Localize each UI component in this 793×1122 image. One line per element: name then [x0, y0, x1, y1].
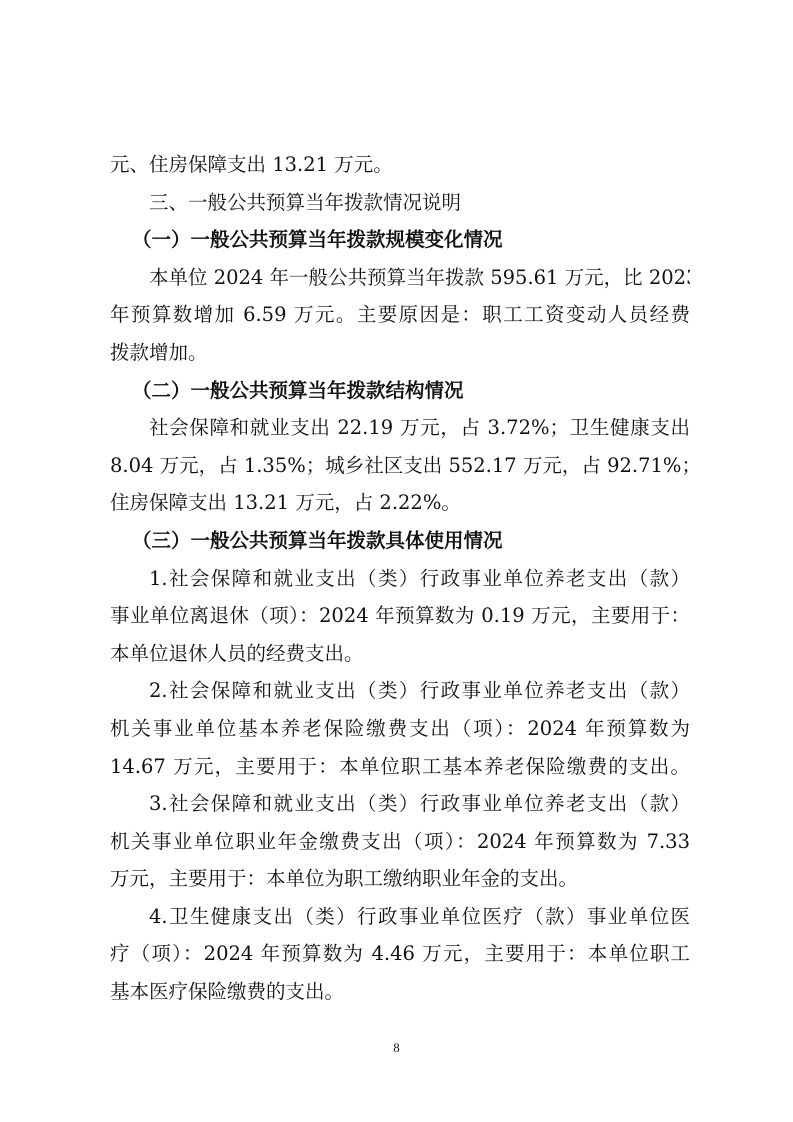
page-number: 8	[0, 1040, 793, 1056]
body-text-line: 机关事业单位职业年金缴费支出（项）：2024 年预算数为 7.33	[110, 823, 690, 861]
document-body: 元、住房保障支出 13.21 万元。三、一般公共预算当年拨款情况说明（一）一般公…	[110, 146, 690, 1011]
body-text-line: 拨款增加。	[110, 334, 690, 372]
body-text-line: 元、住房保障支出 13.21 万元。	[110, 146, 690, 184]
body-text-line: 基本医疗保险缴费的支出。	[110, 973, 690, 1011]
body-text-line: 14.67 万元，主要用于：本单位职工基本养老保险缴费的支出。	[110, 748, 690, 786]
body-text-line: 8.04 万元，占 1.35%；城乡社区支出 552.17 万元，占 92.71…	[110, 447, 690, 485]
body-text-line: 机关事业单位基本养老保险缴费支出（项）：2024 年预算数为	[110, 710, 690, 748]
body-text-line: 事业单位离退休（项）：2024 年预算数为 0.19 万元，主要用于：	[110, 597, 690, 635]
paragraph-first-line: 1.社会保障和就业支出（类）行政事业单位养老支出（款）	[110, 560, 690, 598]
paragraph-first-line: 3.社会保障和就业支出（类）行政事业单位养老支出（款）	[110, 785, 690, 823]
paragraph-first-line: 4.卫生健康支出（类）行政事业单位医疗（款）事业单位医	[110, 898, 690, 936]
paragraph-first-line: 2.社会保障和就业支出（类）行政事业单位养老支出（款）	[110, 672, 690, 710]
body-text-line: 疗（项）：2024 年预算数为 4.46 万元，主要用于：本单位职工	[110, 935, 690, 973]
section-heading: 三、一般公共预算当年拨款情况说明	[110, 184, 690, 222]
subsection-heading: （一）一般公共预算当年拨款规模变化情况	[110, 221, 690, 259]
subsection-heading: （三）一般公共预算当年拨款具体使用情况	[110, 522, 690, 560]
body-text-line: 万元，主要用于：本单位为职工缴纳职业年金的支出。	[110, 860, 690, 898]
paragraph-first-line: 社会保障和就业支出 22.19 万元，占 3.72%；卫生健康支出	[110, 409, 690, 447]
body-text-line: 住房保障支出 13.21 万元，占 2.22%。	[110, 484, 690, 522]
body-text-line: 本单位退休人员的经费支出。	[110, 635, 690, 673]
body-text-line: 年预算数增加 6.59 万元。主要原因是：职工工资变动人员经费	[110, 296, 690, 334]
subsection-heading: （二）一般公共预算当年拨款结构情况	[110, 372, 690, 410]
paragraph-first-line: 本单位 2024 年一般公共预算当年拨款 595.61 万元，比 2023	[110, 259, 690, 297]
